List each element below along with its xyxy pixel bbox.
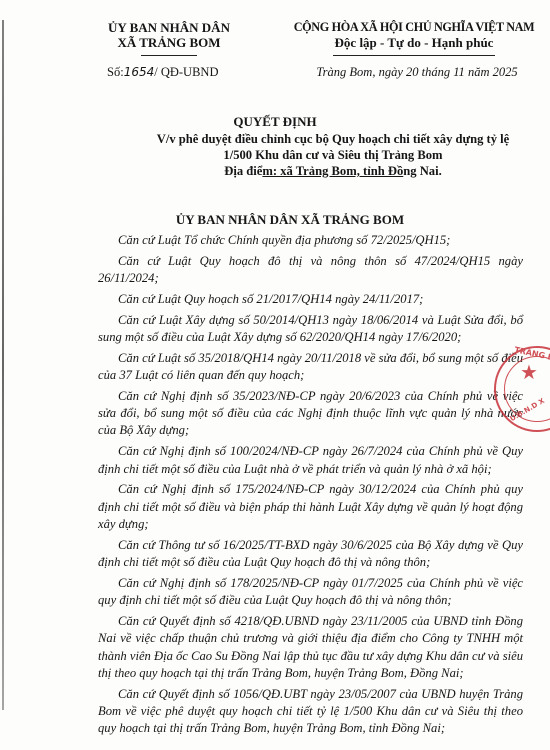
legal-basis-item: Căn cứ Luật Tổ chức Chính quyền địa phươ… (98, 232, 523, 249)
legal-basis-item: Căn cứ Nghị định số 100/2024/NĐ-CP ngày … (98, 443, 523, 478)
document-number: Số:1654/ QĐ-UBND (107, 65, 218, 80)
legal-basis-item: Căn cứ Luật Xây dựng số 50/2014/QH13 ngà… (98, 312, 523, 347)
motto-divider (333, 55, 495, 56)
org-name-line1: ỦY BAN NHÂN DÂN (96, 20, 242, 35)
legal-basis-item: Căn cứ Luật Quy hoạch số 21/2017/QH14 ng… (98, 291, 523, 308)
legal-basis-item: Căn cứ Quyết định số 4218/QĐ.UBND ngày 2… (98, 613, 523, 682)
date-place: Tràng Bom, ngày (316, 65, 402, 79)
legal-basis-item: Căn cứ Nghị định số 178/2025/NĐ-CP ngày … (98, 575, 523, 610)
doc-number-handwritten: 1654 (124, 65, 155, 79)
issuing-authority-header: ỦY BAN NHÂN DÂN XÃ TRẢNG BOM (96, 20, 242, 56)
national-header: CỘNG HÒA XÃ HỘI CHỦ NGHĨA VIỆT NAM Độc l… (283, 20, 545, 56)
subject-line1: V/v phê duyệt điều chỉnh cục bộ Quy hoạc… (128, 131, 538, 147)
header-divider (141, 55, 197, 56)
star-emblem-icon: ★ (520, 362, 538, 382)
legal-basis-item: Căn cứ Nghị định số 35/2023/NĐ-CP ngày 2… (98, 388, 523, 440)
date-month-label: tháng (422, 65, 450, 79)
date-month: 11 (453, 65, 465, 79)
legal-basis-item: Căn cứ Luật Quy hoạch đô thị và nông thô… (98, 253, 523, 288)
org-name-line2: XÃ TRẢNG BOM (96, 35, 242, 50)
doc-number-prefix: Số: (107, 65, 124, 79)
enacting-authority: ỦY BAN NHÂN DÂN XÃ TRẢNG BOM (0, 212, 550, 228)
national-title: CỘNG HÒA XÃ HỘI CHỦ NGHĨA VIỆT NAM (283, 20, 545, 35)
document-page: ỦY BAN NHÂN DÂN XÃ TRẢNG BOM Số:1654/ QĐ… (0, 0, 550, 750)
subject-line2: 1/500 Khu dân cư và Siêu thị Trảng Bom (128, 147, 538, 163)
document-title: QUYẾT ĐỊNH (0, 114, 550, 130)
legal-basis-item: Căn cứ Luật số 35/2018/QH14 ngày 20/11/2… (98, 350, 523, 385)
legal-basis-item: Căn cứ Nghị định số 175/2024/NĐ-CP ngày … (98, 481, 523, 533)
legal-basis-item: Căn cứ Quyết định số 1056/QĐ.UBT ngày 23… (98, 686, 523, 738)
date-year: năm 2025 (468, 65, 518, 79)
legal-bases-list: Căn cứ Luật Tổ chức Chính quyền địa phươ… (98, 232, 523, 741)
date-line: Tràng Bom, ngày 20 tháng 11 năm 2025 (292, 65, 542, 80)
document-subject: V/v phê duyệt điều chỉnh cục bộ Quy hoạc… (128, 131, 538, 179)
legal-basis-item: Căn cứ Thông tư số 16/2025/TT-BXD ngày 3… (98, 537, 523, 572)
national-motto: Độc lập - Tự do - Hạnh phúc (283, 35, 545, 51)
date-day: 20 (406, 65, 419, 79)
doc-number-suffix: / QĐ-UBND (154, 65, 218, 79)
subject-location: Địa điểm: xã Trảng Bom, tỉnh Đồng Nai. (128, 163, 538, 179)
